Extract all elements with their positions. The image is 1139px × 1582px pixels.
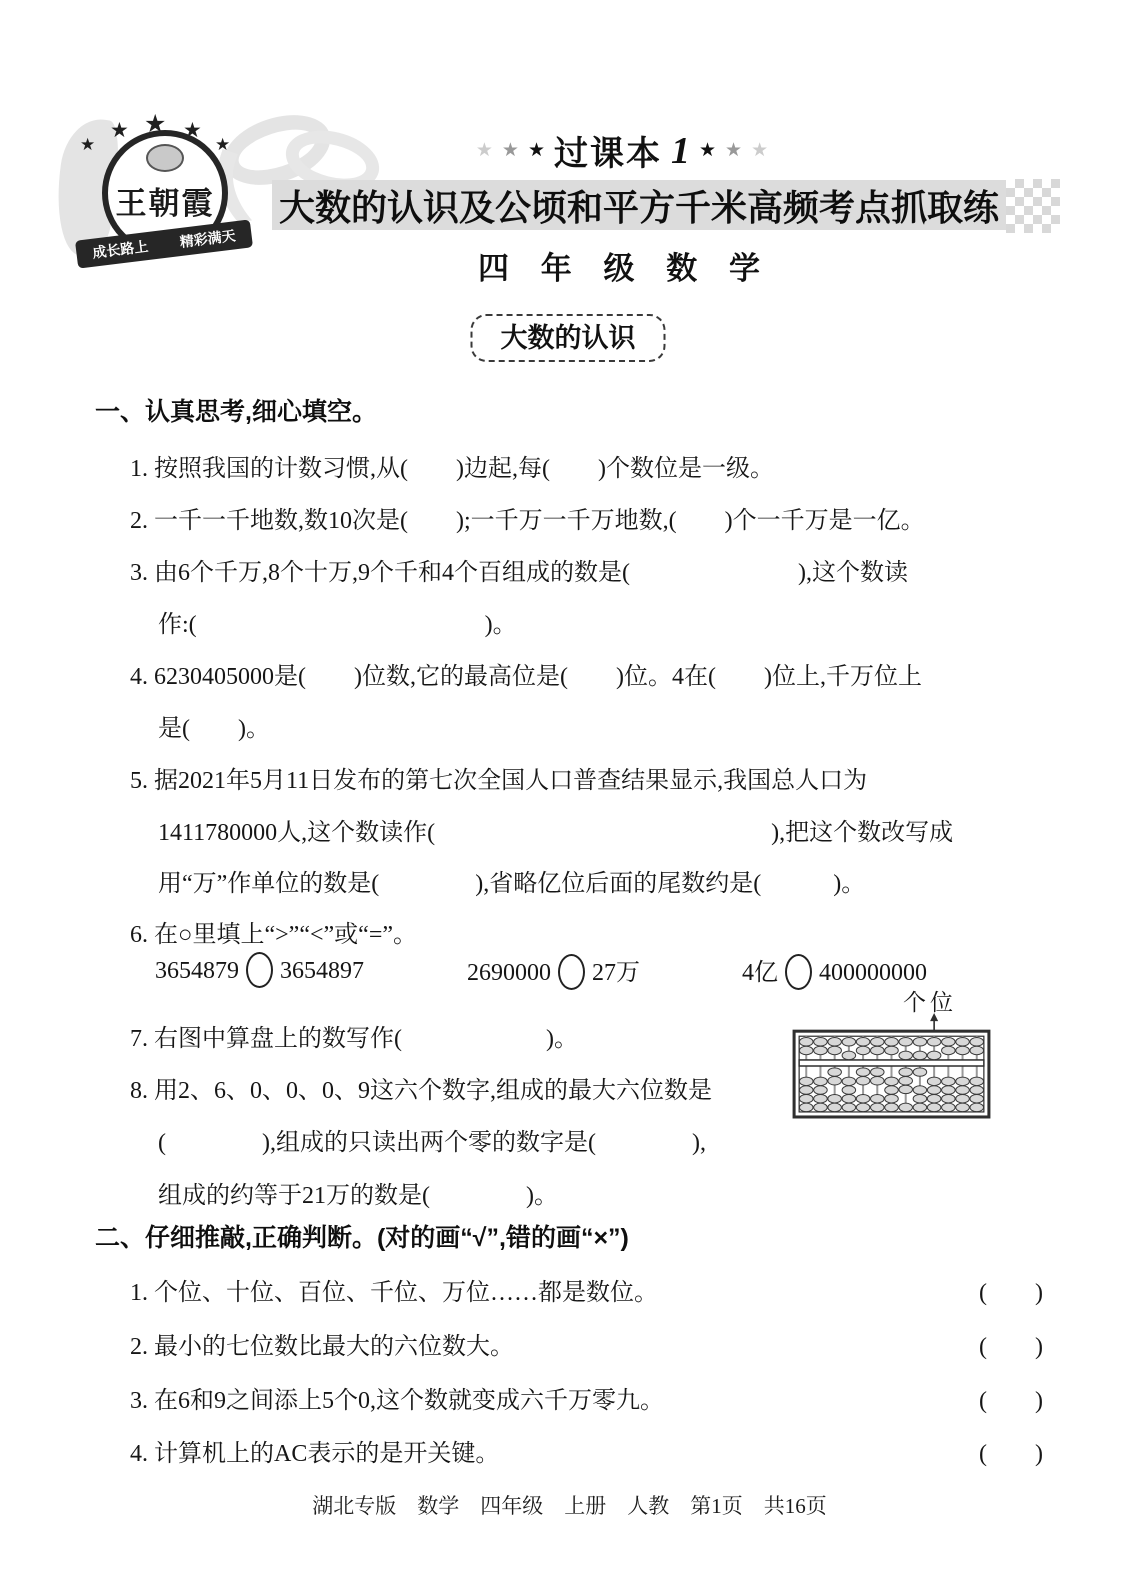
section2-title: 二、仔细推敲,正确判断。(对的画“√”,错的画“×”) [95,1218,629,1254]
comparison-item: 269000027万 [467,952,640,990]
star-icon: ★ [502,141,519,160]
comparison-item: 4亿400000000 [742,952,927,990]
logo-brand-name: 王朝霞 [108,178,222,223]
section1-title: 一、认真思考,细心填空。 [95,392,377,428]
comparison-right: 27万 [592,960,640,986]
question-line: 2. 一千一千地数,数10次是( );一千万一千万地数,( )个一千万是一亿。 [130,500,925,535]
comparison-circle-blank [785,954,812,990]
question-line: 4. 6230405000是( )位数,它的最高位是( )位。4在( )位上,千… [130,656,922,691]
question-line: 5. 据2021年5月11日发布的第七次全国人口普查结果显示,我国总人口为 [130,760,867,795]
comparison-left: 2690000 [467,960,551,986]
question-line: 组成的约等于21万的数是( )。 [158,1175,558,1210]
star-icon: ★ [80,136,95,153]
worksheet-page: ★ ★ ★ ★ ★ 王朝霞 成长路上 精彩满天 ★ ★ ★ 过课本 1 ★ ★ … [0,0,1139,1582]
series-number: 1 [671,129,690,173]
comparison-row: 36548793654897 269000027万 4亿400000000 [0,952,1139,998]
star-icon: ★ [751,141,768,160]
comparison-item: 36548793654897 [155,952,364,988]
comparison-circle-blank [246,952,273,988]
question-line: ( ),组成的只读出两个零的数字是( ), [158,1122,706,1157]
brand-logo: ★ ★ ★ ★ ★ 王朝霞 成长路上 精彩满天 [82,114,250,274]
star-icon: ★ [110,120,129,141]
portrait-icon [146,144,184,172]
question-line: 用“万”作单位的数是( ),省略亿位后面的尾数约是( )。 [158,863,865,898]
topic-badge: 大数的认识 [471,314,666,362]
comparison-left: 3654879 [155,958,239,984]
chapter-banner: 大数的认识及公顷和平方千米高频考点抓取练 [272,180,1006,230]
star-icon: ★ [528,141,545,160]
chapter-banner-title: 大数的认识及公顷和平方千米高频考点抓取练 [279,180,999,231]
series-title-row: ★ ★ ★ 过课本 1 ★ ★ ★ [476,126,768,175]
logo-ribbon-right-text: 精彩满天 [179,225,237,252]
judgment-text: 2. 最小的七位数比最大的六位数大。 [130,1326,514,1361]
answer-bracket: ( ) [979,1380,1043,1415]
series-title: 过课本 [554,126,662,175]
comparison-right: 400000000 [819,960,927,986]
question-line: 1. 按照我国的计数习惯,从( )边起,每( )个数位是一级。 [130,448,774,483]
question-line: 8. 用2、6、0、0、0、9这六个数字,组成的最大六位数是 [130,1070,712,1105]
comparison-left: 4亿 [742,960,778,986]
comparison-right: 3654897 [280,958,364,984]
question-line: 是( )。 [158,708,270,743]
star-icon: ★ [215,136,230,153]
page-footer: 湖北专版 数学 四年级 上册 人教 第1页 共16页 [0,1490,1139,1520]
star-icon: ★ [699,141,716,160]
judgment-text: 4. 计算机上的AC表示的是开关键。 [130,1433,499,1468]
answer-bracket: ( ) [979,1433,1043,1468]
judgment-row: 2. 最小的七位数比最大的六位数大。 ( ) [130,1326,1043,1361]
answer-bracket: ( ) [979,1326,1043,1361]
judgment-row: 1. 个位、十位、百位、千位、万位……都是数位。 ( ) [130,1272,1043,1307]
question-line: 1411780000人,这个数读作( ),把这个数改写成 [158,812,953,847]
question-line: 6. 在○里填上“>”“<”或“=”。 [130,914,417,949]
grade-subject-line: 四 年 级 数 学 [478,243,772,288]
logo-ribbon-left-text: 成长路上 [91,236,149,263]
star-icon: ★ [476,141,493,160]
judgment-row: 4. 计算机上的AC表示的是开关键。 ( ) [130,1433,1043,1468]
question-line: 3. 由6个千万,8个十万,9个千和4个百组成的数是( ),这个数读 [130,552,908,587]
question-line: 作:( )。 [158,604,517,639]
question-line: 7. 右图中算盘上的数写作( )。 [130,1018,578,1053]
judgment-text: 1. 个位、十位、百位、千位、万位……都是数位。 [130,1272,658,1307]
comparison-circle-blank [558,954,585,990]
answer-bracket: ( ) [979,1272,1043,1307]
judgment-row: 3. 在6和9之间添上5个0,这个数就变成六千万零九。 ( ) [130,1380,1043,1415]
checkerboard-decoration [1006,179,1060,233]
abacus-svg [792,1012,991,1119]
judgment-text: 3. 在6和9之间添上5个0,这个数就变成六千万零九。 [130,1380,664,1415]
star-icon: ★ [725,141,742,160]
